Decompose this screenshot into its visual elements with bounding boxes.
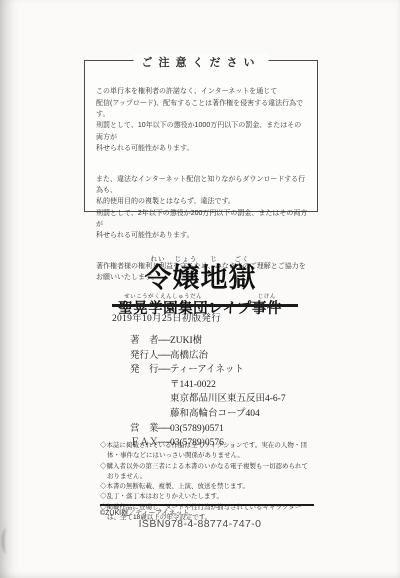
address-line: 〒141-0022 bbox=[130, 376, 330, 391]
row-separator: ── bbox=[158, 365, 170, 375]
divider-rule bbox=[112, 304, 298, 307]
address-line: 東京都品川区東五反田4-6-7 bbox=[130, 390, 330, 405]
notice-paragraph: また、違法なインターネット配信と知りながらダウンロードする行為も、 私的使用目的… bbox=[96, 174, 308, 242]
fine-print-item: ◇本書の無断転載、複製、上演、放送を禁じます。 bbox=[100, 482, 314, 492]
row-label: 発 行 bbox=[130, 361, 158, 375]
row-label: 営 業 bbox=[130, 420, 158, 434]
isbn-number: ISBN978-4-88774-747-0 bbox=[0, 518, 400, 530]
scan-artifact bbox=[2, 528, 11, 554]
row-separator: ── bbox=[158, 336, 170, 346]
colophon-row-publisher: 発 行 ── ティーアイネット bbox=[130, 361, 330, 376]
row-separator: ── bbox=[158, 424, 170, 434]
row-value: 03(5789)0571 bbox=[170, 424, 224, 434]
title-char: じょう 嬢 bbox=[173, 257, 200, 292]
title-char: れい 令 bbox=[145, 257, 172, 292]
colophon-row-author: 著 者 ── ZUKI樹 bbox=[130, 332, 330, 347]
title-kanji: 獄 bbox=[229, 265, 256, 292]
colophon-row-sales-phone: 営 業 ── 03(5789)0571 bbox=[130, 420, 330, 435]
title-kanji: 令 bbox=[145, 265, 172, 292]
title-char: じ 地 bbox=[201, 257, 228, 292]
notice-title: ご注意ください bbox=[134, 54, 269, 70]
address-line: 藤和高輪台コープ404 bbox=[130, 405, 330, 420]
fine-print-item: ◇本誌に掲載されている作品は全てフィクションです。実在の人物・団体・事件などには… bbox=[100, 441, 314, 462]
row-label: 著 者 bbox=[130, 332, 158, 346]
title-kanji: 嬢 bbox=[173, 265, 200, 292]
row-separator: ── bbox=[158, 351, 170, 361]
title-kanji: 地 bbox=[201, 265, 228, 292]
row-value: ZUKI樹 bbox=[170, 332, 202, 346]
title-char: ごく 獄 bbox=[229, 257, 256, 292]
book-title: れい 令 じょう 嬢 じ 地 ごく 獄 bbox=[145, 257, 256, 292]
fine-print-item: ◇乱丁・落丁本はおとりかえいたします。 bbox=[100, 492, 314, 502]
furigana: じけん bbox=[258, 295, 276, 301]
divider-rule bbox=[100, 504, 314, 506]
colophon-row-issuer: 発行人 ── 高橋広治 bbox=[130, 347, 330, 362]
notice-paragraph: この単行本を権利者の許諾なく、インターネットを通じて 配信(アップロード)、配布… bbox=[96, 86, 308, 154]
colophon-page: ご注意ください この単行本を権利者の許諾なく、インターネットを通じて 配信(アッ… bbox=[0, 0, 400, 578]
copyright-line: ©ZUKI樹／ティーアイネット bbox=[100, 508, 190, 518]
publisher-info: 著 者 ── ZUKI樹 発行人 ── 高橋広治 発 行 ── ティーアイネット… bbox=[130, 332, 330, 449]
row-value: 高橋広治 bbox=[170, 347, 208, 361]
row-label: 発行人 bbox=[130, 347, 158, 361]
copyright-notice-box: ご注意ください この単行本を権利者の許諾なく、インターネットを通じて 配信(アッ… bbox=[84, 60, 318, 212]
furigana: せいこうがくえんしゅうだん bbox=[124, 295, 202, 301]
fine-print-item: ◇購入者以外の第三者による本書のいかなる電子複製も一切認められておりません。 bbox=[100, 462, 314, 483]
edition-date: 2019年10月25日初版発行 bbox=[112, 310, 221, 324]
row-value: ティーアイネット bbox=[170, 361, 244, 375]
